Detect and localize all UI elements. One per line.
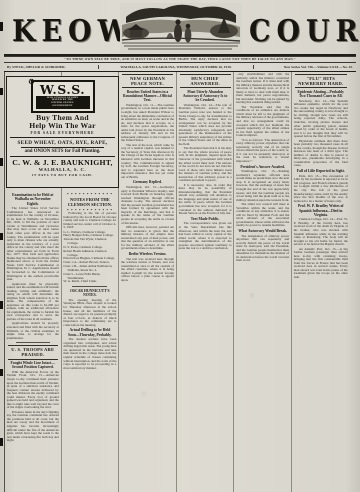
wss-bar-caption: WAR SAVINGS STAMPS ISSUED BY THE UNITED … xyxy=(36,96,90,110)
article-subhead: OSCAR HUNNICUTT'S NOTES. xyxy=(65,289,114,297)
scan-left-edge xyxy=(0,0,3,492)
body-paragraph: The text was received here through the w… xyxy=(121,258,174,283)
body-paragraph: With the American Forces on the Verdun F… xyxy=(7,371,59,410)
column-6: "FLU" HITS NEWBERRY HARD.Epidemic Abatin… xyxy=(292,72,350,492)
body-paragraph: The President feels that it is his duty … xyxy=(179,147,232,182)
body-paragraph: Officials here, however, pointed out tha… xyxy=(121,226,174,251)
column-rule xyxy=(16,342,50,343)
masthead-illustration xyxy=(120,3,242,53)
ad-firm-slogan: IT PAYS TO BUY FOR CASH. xyxy=(7,173,118,177)
ad-seed-line1: SEED WHEAT, OATS, RYE, RAPE, xyxy=(7,140,118,146)
ad-divider-small xyxy=(21,147,104,148)
body-paragraph: Physicians estimate that there have been… xyxy=(294,140,348,168)
ad-seed-line2: and ONION SETS for Fall Planting. xyxy=(7,149,118,155)
article-subhead: Examination to be Held at Walhalla on No… xyxy=(9,193,57,206)
volume-number-line: New Series Vol. 746.—Volume LXXI.—No. 42… xyxy=(254,65,356,69)
column-4: HUN CHIEF ANSWERED.Must Utterly Abandon … xyxy=(177,72,235,492)
column-rule xyxy=(72,286,107,287)
ad-for-sale-line: FOR SALE EVERYWHERE xyxy=(7,131,118,135)
scan-edge-mark xyxy=(0,369,3,376)
article-subhead: Prof. W. P. Bradley Writes of Spanish In… xyxy=(296,204,346,217)
scan-edge-mark xyxy=(0,301,3,309)
ad-divider xyxy=(10,137,115,138)
ad-headline-line2: Help Win The War xyxy=(7,122,118,131)
section-title: NOTES FROM THE CLEMSON SECTION. xyxy=(63,197,116,207)
body-paragraph: The correspondence was given out at the … xyxy=(179,222,232,250)
motto-line: "TO THINE OWN SELF BE TRUE, AND IT MUST … xyxy=(4,57,356,61)
body-paragraph: Applicants must be physically sound, and… xyxy=(7,283,59,322)
body-paragraph: The opening meeting of the Wesleyan Bibl… xyxy=(63,299,116,327)
scan-edge-mark xyxy=(0,158,3,166)
body-paragraph: The President said that the conditions o… xyxy=(236,106,289,138)
article-subhead: President's Answer Awaited. xyxy=(238,165,287,169)
article-headline: U. S. TROOPS ARE PRAISED. xyxy=(8,345,58,359)
body-paragraph: Following is the list of persons inducte… xyxy=(63,212,116,230)
article-headline: HUN CHIEF ANSWERED. xyxy=(180,74,231,88)
newspaper-front-page: KEOWEE COURIER. "TO THINE OWN SELF BE TR… xyxy=(0,0,360,492)
body-paragraph: The allied war council will meet at Vers… xyxy=(236,203,289,228)
body-paragraph: Washington, Oct. 14.—The text of Preside… xyxy=(179,104,232,147)
article-subhead: Reaches United States in a Roundabout Ma… xyxy=(123,90,172,103)
war-savings-stamps-ad: ✪ W.S.S. WAR SAVINGS STAMPS ISSUED BY TH… xyxy=(6,76,119,188)
article-subhead: Berlin Wireless Version. xyxy=(123,252,172,256)
place-date-line: WALHALLA, SOUTH CAROLINA, WEDNESDAY, OCT… xyxy=(98,65,254,69)
masthead-title-right: COURIER. xyxy=(249,14,360,49)
body-paragraph: Prisoners taken in the day's fighting sa… xyxy=(7,411,59,443)
wss-logo-text: W.S.S. xyxy=(34,83,92,96)
article-subhead: Text Made Public. xyxy=(181,217,230,221)
name-list-line: W. A. Reich, Chief Clerk. xyxy=(63,280,116,284)
masthead: KEOWEE COURIER. xyxy=(4,2,356,54)
column-3: NEW GERMAN PEACE NOTE.Reaches United Sta… xyxy=(119,72,177,492)
body-paragraph: The United States Civil Service Commissi… xyxy=(7,207,59,281)
wss-logo-box: ✪ W.S.S. WAR SAVINGS STAMPS ISSUED BY TH… xyxy=(31,80,95,113)
article-subhead: What Autocracy Would Break. xyxy=(238,229,287,233)
wss-seal-icon: ✪ xyxy=(29,79,35,86)
article-subhead: Epidemic Abating—Probably Two Thousand C… xyxy=(296,90,346,98)
body-paragraph: The designation of arbitrary power anywh… xyxy=(236,235,289,263)
scan-edge-mark xyxy=(0,438,3,446)
body-paragraph: Washington, Oct. 15.—Germany's reply to … xyxy=(121,186,174,225)
wss-bar-line: GOVERNMENT xyxy=(36,105,89,108)
body-paragraph: Newberry, Oct. 14.—The Spanish influenza… xyxy=(294,100,348,139)
article-headline: NEW GERMAN PEACE NOTE. xyxy=(122,74,173,88)
body-paragraph: Clemson College, Oct. 14.—Prof. W. P. Br… xyxy=(294,218,348,246)
article-subhead: Fall of Lille Reported in Sight. xyxy=(296,169,346,173)
scan-edge-mark xyxy=(0,88,3,95)
scan-edge-mark xyxy=(0,22,3,31)
body-paragraph: It is necessary, also, in order that the… xyxy=(179,184,232,216)
ad-firm-place: WALHALLA, S. C. xyxy=(7,167,118,172)
body-paragraph: An Atlantic Port, Oct. 15.—A big former … xyxy=(294,248,348,280)
ad-firm-name: C. W. & J. E. BAUKNIGHT, xyxy=(7,159,118,168)
article-subhead: Germany Replied. xyxy=(123,180,172,184)
column-5: ...tary establishment and with the autho… xyxy=(234,72,292,492)
star-border: * * * * * * * * * * * * xyxy=(63,192,116,196)
article-subhead: Fought Whole Line Intact—Second Position… xyxy=(9,361,57,369)
body-paragraph: The student soldiers have been organized… xyxy=(63,338,116,370)
body-paragraph: ...tary establishment and with the autho… xyxy=(236,73,289,105)
publisher-line: By STECK, SHELOR & SCHRODER. xyxy=(4,65,98,69)
article-subhead: Actual Drilling to be Held Soon—Thursday… xyxy=(65,328,114,336)
scan-edge-mark xyxy=(0,233,3,240)
body-paragraph: Applications should be properly executed… xyxy=(7,322,59,340)
body-paragraph: Washington, Oct. 11.—The German governme… xyxy=(121,104,174,143)
body-paragraph: The text of the note, which came by way … xyxy=(121,144,174,179)
body-paragraph: "It is as follows: 'The destruction of e… xyxy=(236,139,289,164)
body-paragraph: Paris, Oct. 15.—The evacuation of Lille … xyxy=(294,175,348,203)
body-paragraph: Washington, Oct. 15.—Pending Germany's r… xyxy=(236,170,289,202)
article-subhead: Must Utterly Abandon Autocracy if Autocr… xyxy=(181,90,230,103)
article-headline: "FLU" HITS NEWBERRY HARD. xyxy=(295,74,347,88)
